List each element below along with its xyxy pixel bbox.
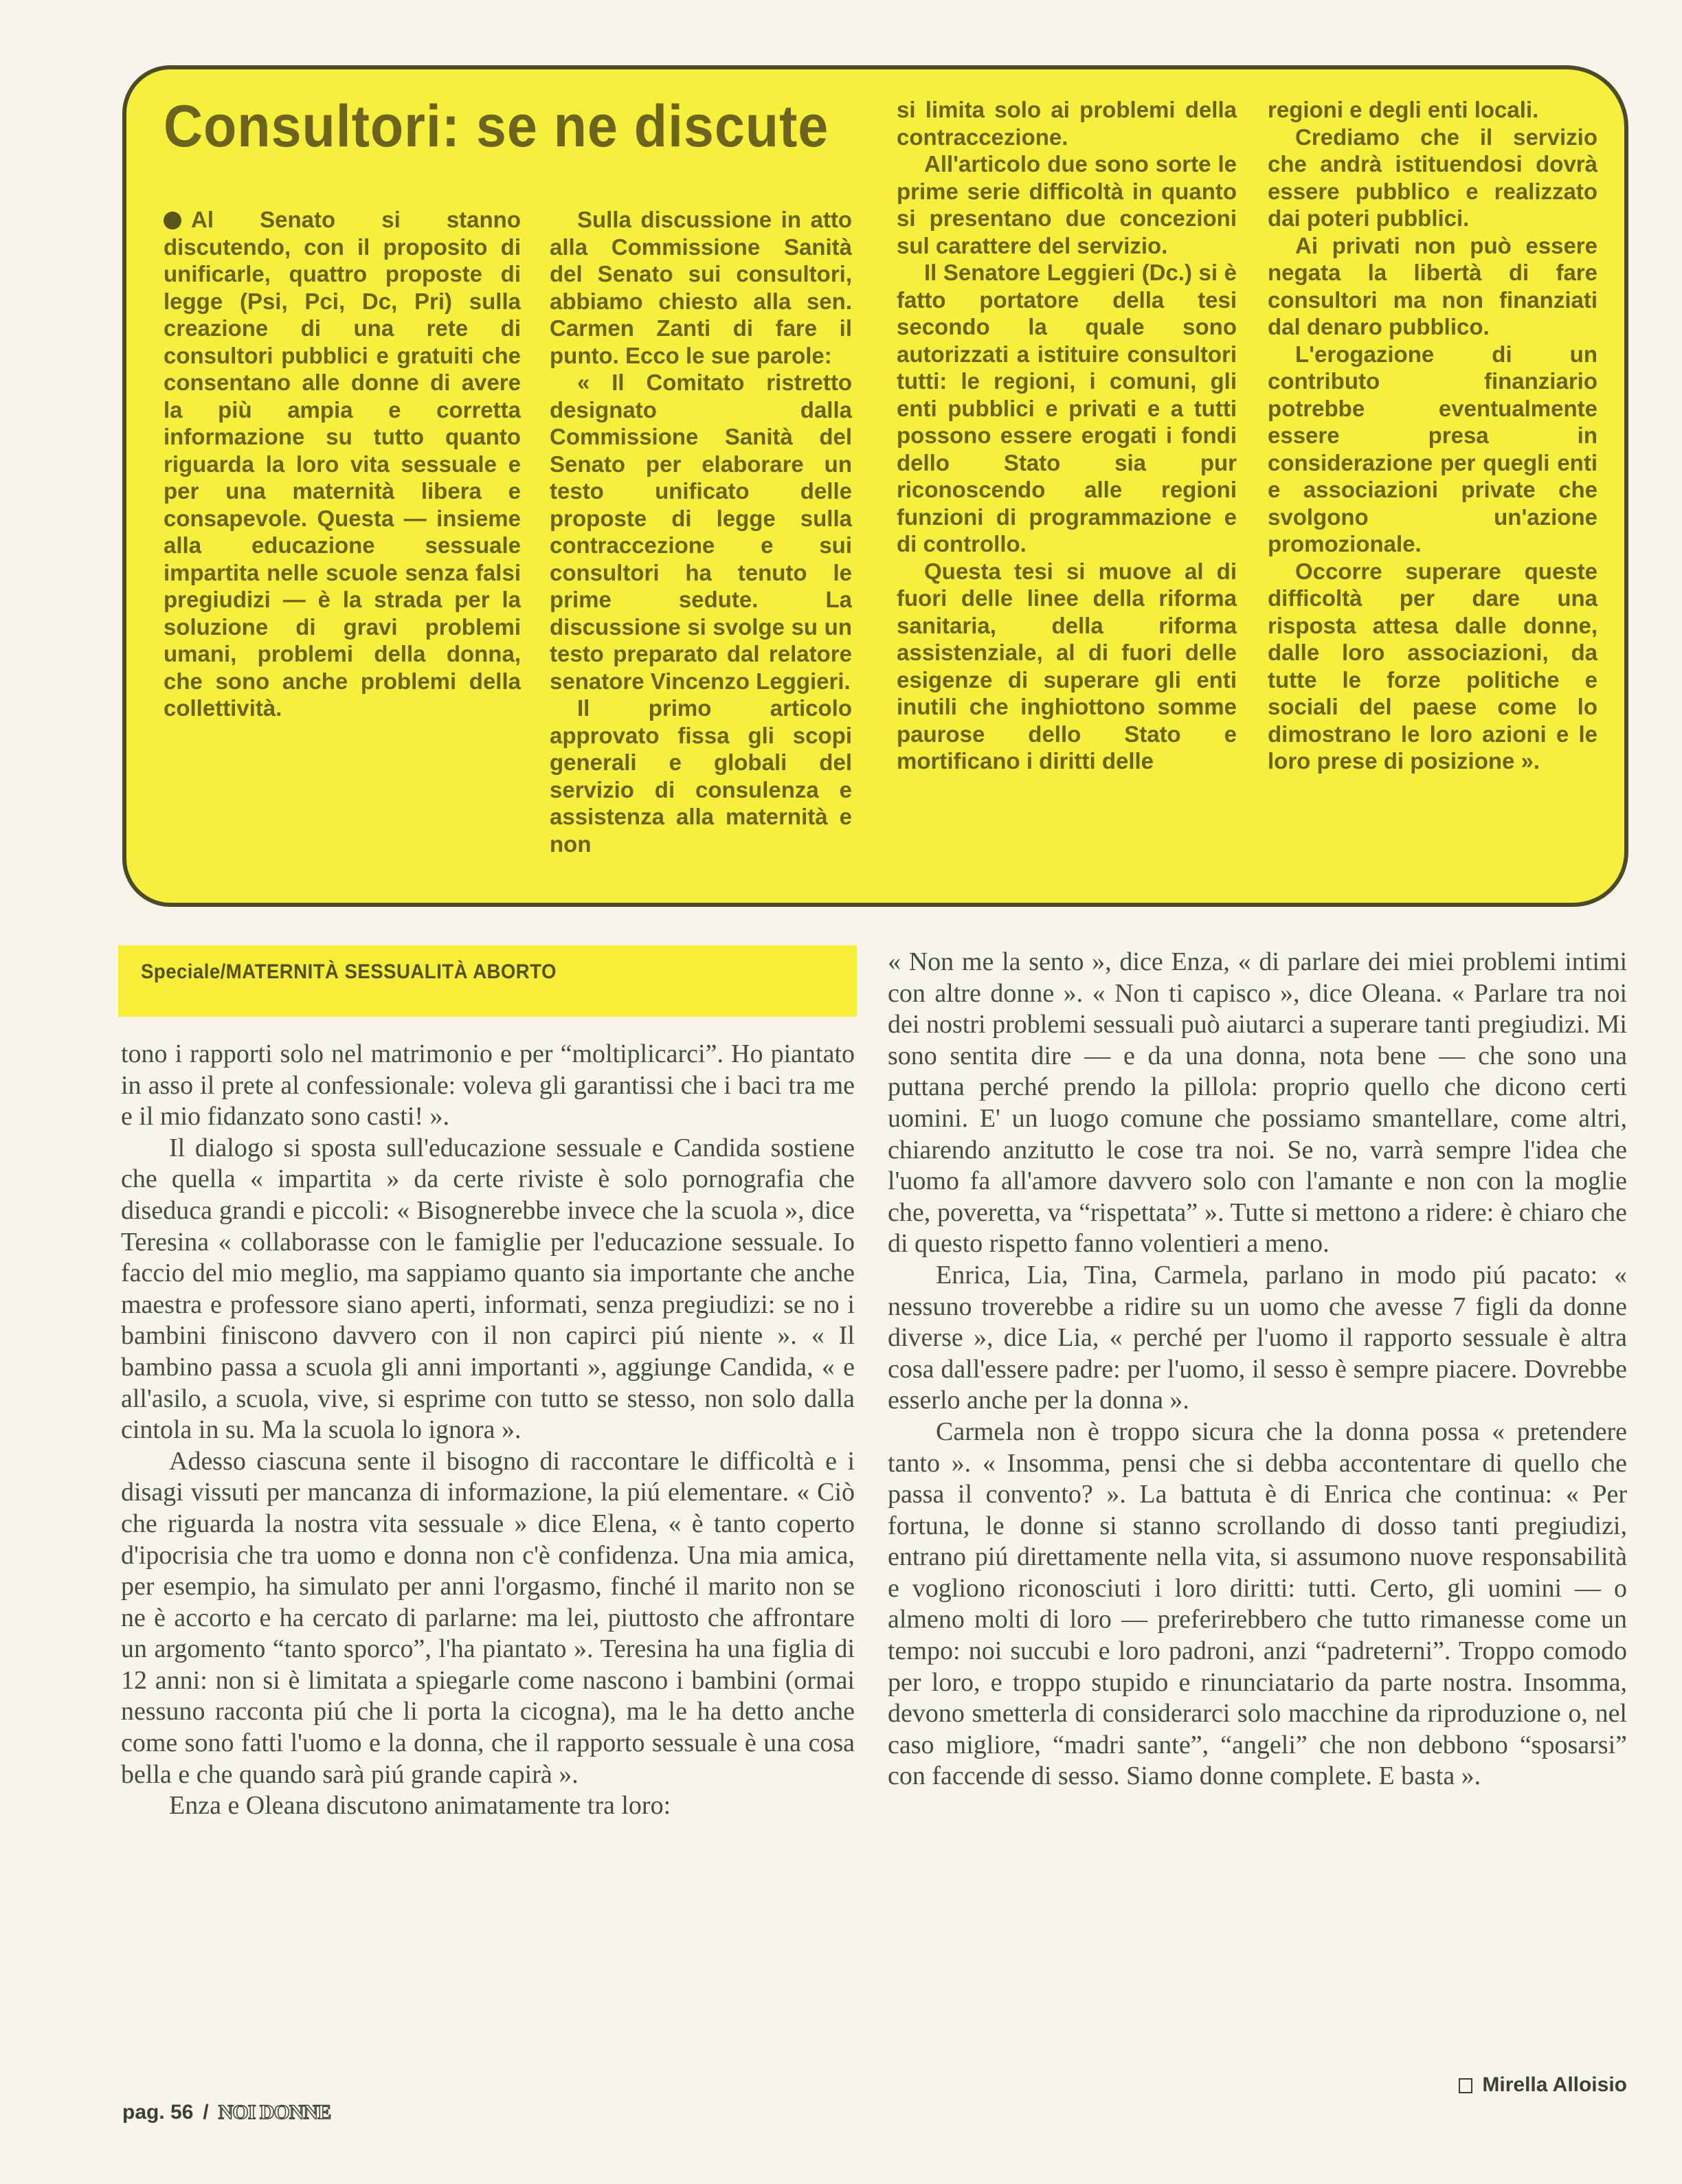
box-paragraph: Sulla discussione in atto alla Commissio… — [550, 206, 852, 369]
bullet-icon — [164, 212, 181, 229]
page-number: pag. 56 — [122, 2101, 193, 2124]
box-paragraph: Crediamo che il servizio che andrà istit… — [1268, 124, 1597, 232]
box-paragraph: si limita solo ai problemi della contrac… — [897, 96, 1237, 150]
box-title: Consultori: se ne discute — [164, 93, 829, 161]
article-right-column: « Non me la sento », dice Enza, « di par… — [888, 947, 1627, 1792]
box-paragraph: Al Senato si stanno discutendo, con il p… — [164, 206, 521, 722]
article-paragraph: « Non me la sento », dice Enza, « di par… — [888, 947, 1627, 1260]
box-paragraph: Il primo articolo approvato fissa gli sc… — [550, 695, 852, 857]
box-column-2: Sulla discussione in atto alla Commissio… — [550, 206, 852, 857]
magazine-logo: NOI DONNE — [218, 2101, 331, 2124]
square-icon — [1459, 2078, 1472, 2093]
author-name: Mirella Alloisio — [1482, 2073, 1627, 2096]
author-signature: Mirella Alloisio — [1459, 2073, 1627, 2097]
page-footer: pag. 56 / NOI DONNE — [122, 2101, 330, 2124]
box-column-1: Al Senato si stanno discutendo, con il p… — [164, 206, 521, 722]
box-paragraph: All'articolo due sono sorte le prime ser… — [897, 150, 1237, 259]
article-paragraph: Enza e Oleana discutono animatamente tra… — [121, 1790, 855, 1822]
box-paragraph: Questa tesi si muove al di fuori delle l… — [897, 558, 1237, 775]
article-paragraph: Adesso ciascuna sente il bisogno di racc… — [121, 1446, 855, 1791]
box-paragraph: « Il Comitato ristretto designato dalla … — [550, 369, 852, 695]
box-column-4: regioni e degli enti locali. Crediamo ch… — [1268, 96, 1597, 775]
footer-separator: / — [203, 2101, 208, 2124]
box-paragraph: Il Senatore Leggieri (Dc.) si è fatto po… — [897, 259, 1237, 558]
box-paragraph: Occorre superare queste difficoltà per d… — [1268, 558, 1597, 775]
box-paragraph: regioni e degli enti locali. — [1268, 96, 1597, 124]
article-paragraph: Enrica, Lia, Tina, Carmela, parlano in m… — [888, 1260, 1627, 1417]
box-column-3: si limita solo ai problemi della contrac… — [897, 96, 1237, 775]
article-paragraph: Carmela non è troppo sicura che la donna… — [888, 1417, 1627, 1792]
article-left-column: tono i rapporti solo nel matrimonio e pe… — [121, 1039, 855, 1822]
box-paragraph: Ai privati non può essere negata la libe… — [1268, 232, 1597, 341]
article-paragraph: tono i rapporti solo nel matrimonio e pe… — [121, 1039, 855, 1133]
section-banner-label: Speciale/MATERNITÀ SESSUALITÀ ABORTO — [141, 960, 557, 984]
article-paragraph: Il dialogo si sposta sull'educazione ses… — [121, 1133, 855, 1446]
box-paragraph: L'erogazione di un contributo finanziari… — [1268, 341, 1597, 558]
